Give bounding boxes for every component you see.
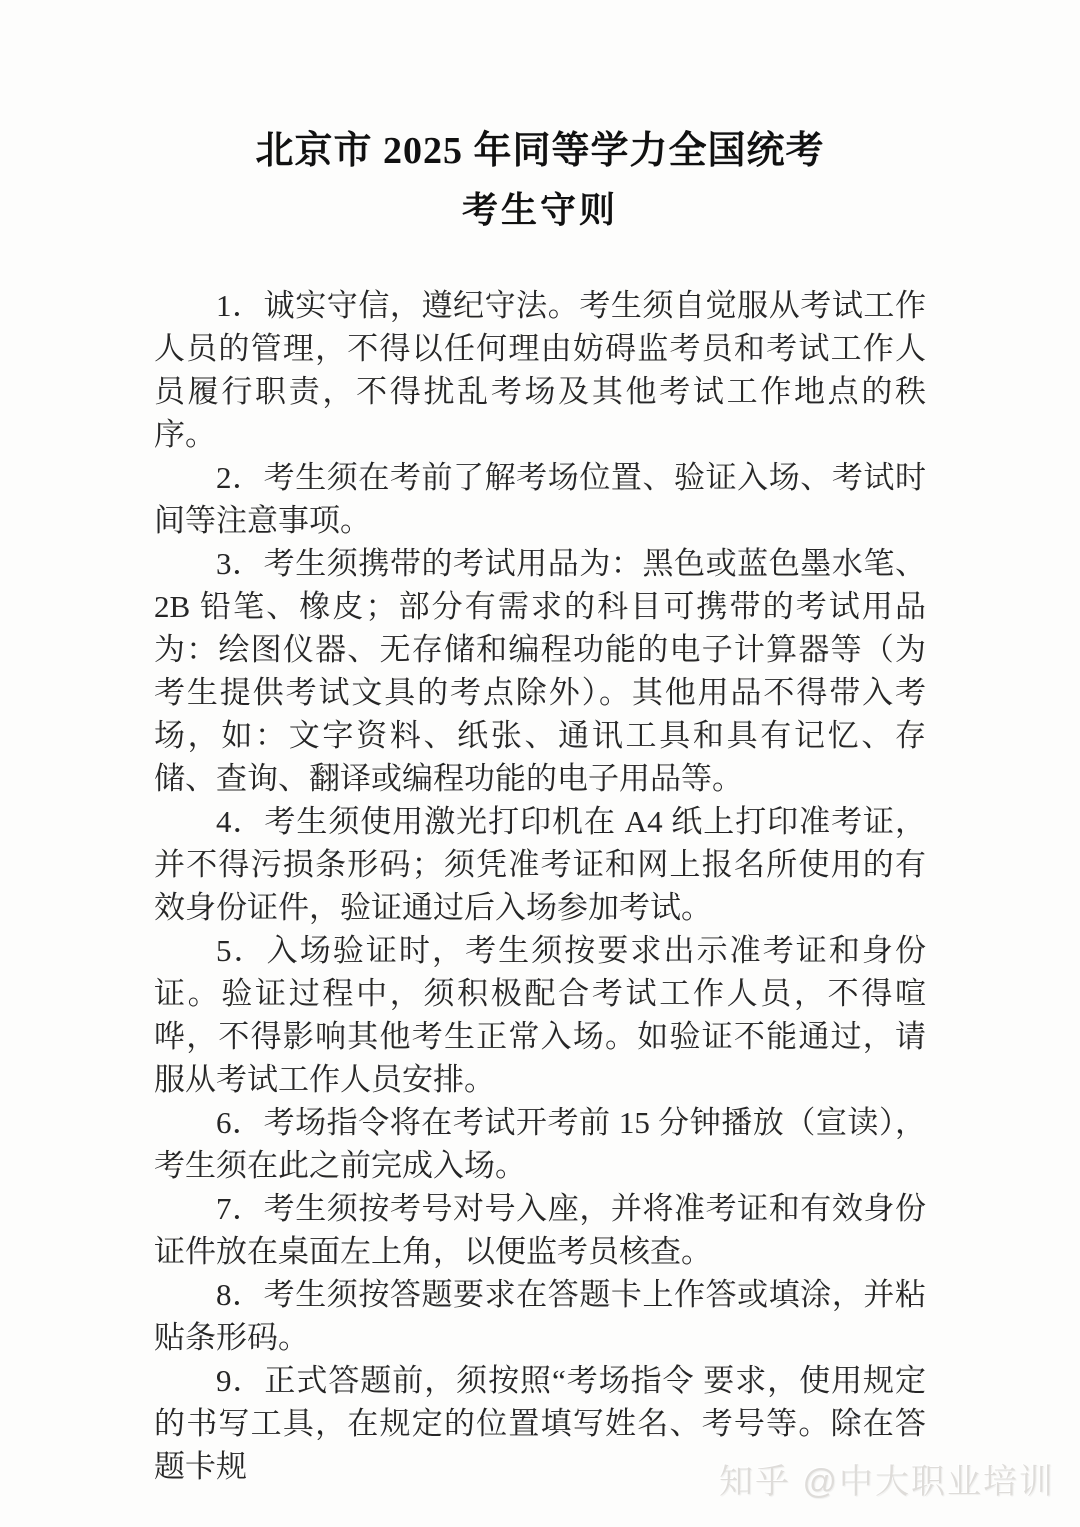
document-subtitle: 考生守则 (0, 186, 1080, 234)
rule-paragraph-1: 1．诚实守信，遵纪守法。考生须自觉服从考试工作人员的管理，不得以任何理由妨碍监考… (154, 284, 926, 456)
rule-paragraph-3: 3．考生须携带的考试用品为：黑色或蓝色墨水笔、2B 铅笔、橡皮；部分有需求的科目… (154, 542, 926, 800)
rule-paragraph-2: 2．考生须在考前了解考场位置、验证入场、考试时间等注意事项。 (154, 456, 926, 542)
rule-paragraph-7: 7．考生须按考号对号入座，并将准考证和有效身份证件放在桌面左上角，以便监考员核查… (154, 1187, 926, 1273)
document-title: 北京市 2025 年同等学力全国统考 (0, 0, 1080, 176)
watermark: 知乎 @中大职业培训 (719, 1462, 1055, 1502)
rule-paragraph-4: 4．考生须使用激光打印机在 A4 纸上打印准考证，并不得污损条形码；须凭准考证和… (154, 800, 926, 929)
rule-paragraph-6: 6．考场指令将在考试开考前 15 分钟播放（宣读），考生须在此之前完成入场。 (154, 1101, 926, 1187)
document-body: 1．诚实守信，遵纪守法。考生须自觉服从考试工作人员的管理，不得以任何理由妨碍监考… (154, 284, 926, 1488)
document-page: 北京市 2025 年同等学力全国统考 考生守则 1．诚实守信，遵纪守法。考生须自… (0, 0, 1080, 1527)
rule-paragraph-5: 5．入场验证时，考生须按要求出示准考证和身份证。验证过程中，须积极配合考试工作人… (154, 929, 926, 1101)
rule-paragraph-8: 8．考生须按答题要求在答题卡上作答或填涂，并粘贴条形码。 (154, 1273, 926, 1359)
